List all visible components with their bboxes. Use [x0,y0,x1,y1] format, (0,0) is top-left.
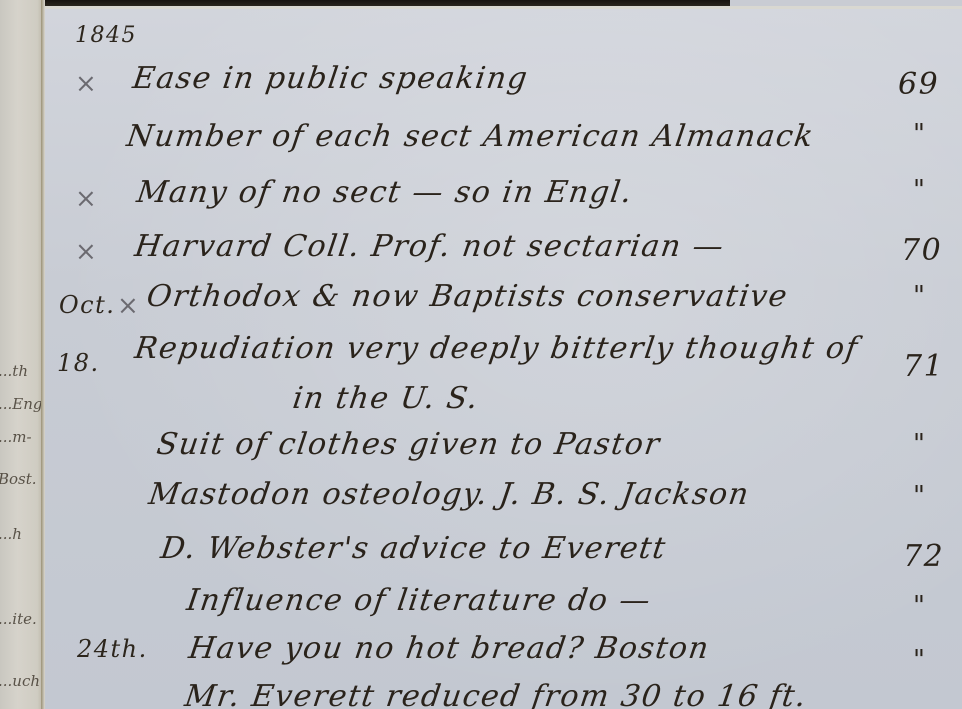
ditto-mark: " [913,591,926,621]
ditto-mark: " [913,281,926,311]
cross-mark: × [75,69,98,99]
entry-text: Many of no sect — so in Engl. [135,175,636,210]
year-heading: 1845 [75,23,137,48]
cross-mark: × [75,237,98,267]
ditto-mark: " [913,429,926,459]
cross-mark: × [117,291,140,321]
entry-text: Mastodon osteology. J. B. S. Jackson [147,477,752,512]
entry-text: Repudiation very deeply bitterly thought… [133,331,861,366]
ditto-mark: " [913,481,926,511]
date-label: 24th. [77,635,148,663]
page-number: 72 [903,539,944,574]
facing-text-fragment: ...h [0,525,22,543]
date-label: 18. [57,349,100,377]
facing-text-fragment: ...th [0,362,28,380]
manuscript-page: 1845 × Ease in public speaking 69 Number… [45,6,962,709]
ditto-mark: " [913,175,926,205]
page-number: 69 [898,67,939,102]
facing-text-fragment: ...ite. [0,610,37,628]
page-number: 70 [901,233,942,268]
entry-text: Number of each sect American Almanack [125,119,817,154]
entry-text: Influence of literature do — [185,583,654,618]
entry-text: Harvard Coll. Prof. not sectarian — [133,229,727,264]
facing-text-fragment: ...m- [0,428,32,446]
date-label: Oct. [59,291,115,319]
facing-text-fragment: Bost. [0,470,37,488]
entry-text: Ease in public speaking [131,61,531,96]
facing-text-fragment: ...uch [0,672,40,690]
ditto-mark: " [913,119,926,149]
entry-text: Have you no hot bread? Boston [187,631,712,666]
entry-text: Suit of clothes given to Pastor [155,427,663,462]
entry-text: Orthodox & now Baptists conservative [145,279,791,314]
cross-mark: × [75,184,98,214]
ditto-mark: " [913,645,926,675]
entry-text: in the U. S. [291,381,482,416]
page-number: 71 [903,349,944,384]
entry-text: D. Webster's advice to Everett [159,531,669,566]
entry-text: Mr. Everett reduced from 30 to 16 ft. [183,679,810,709]
facing-page-edge: ...th ...Eng. ...m- Bost. ...h ...ite. .… [0,0,44,709]
